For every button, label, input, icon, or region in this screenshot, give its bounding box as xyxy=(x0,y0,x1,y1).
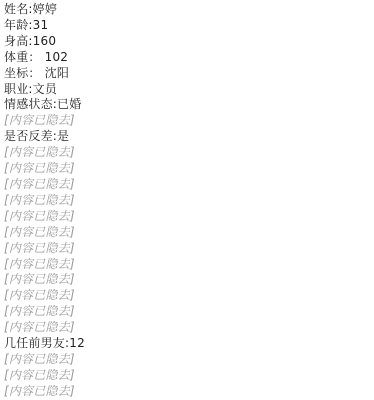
text-line: 是否反差:是 xyxy=(4,129,374,145)
text-line: [内容已隐去] xyxy=(4,145,374,161)
text-line: 体重： 102 xyxy=(4,50,374,66)
text-line: [内容已隐去] xyxy=(4,177,374,193)
text-line: [内容已隐去] xyxy=(4,113,374,129)
text-line: [内容已隐去] xyxy=(4,320,374,336)
text-line: [内容已隐去] xyxy=(4,384,374,400)
text-line: [内容已隐去] xyxy=(4,272,374,288)
text-line: [内容已隐去] xyxy=(4,288,374,304)
text-line: 情感状态:已婚 xyxy=(4,97,374,113)
text-line: [内容已隐去] xyxy=(4,225,374,241)
text-line: 姓名:婷婷 xyxy=(4,2,374,18)
text-line: 坐标： 沈阳 xyxy=(4,66,374,82)
text-line: [内容已隐去] xyxy=(4,209,374,225)
text-line: 年龄:31 xyxy=(4,18,374,34)
text-line: [内容已隐去] xyxy=(4,368,374,384)
text-line: 身高:160 xyxy=(4,34,374,50)
text-line: [内容已隐去] xyxy=(4,304,374,320)
text-line: [内容已隐去] xyxy=(4,161,374,177)
profile-text-document: 姓名:婷婷年龄:31身高:160体重： 102坐标： 沈阳职业:文员情感状态:已… xyxy=(0,0,374,400)
text-line: [内容已隐去] xyxy=(4,257,374,273)
text-line: [内容已隐去] xyxy=(4,352,374,368)
text-line: 几任前男友:12 xyxy=(4,336,374,352)
text-line: 职业:文员 xyxy=(4,82,374,98)
text-line: [内容已隐去] xyxy=(4,241,374,257)
text-line: [内容已隐去] xyxy=(4,193,374,209)
